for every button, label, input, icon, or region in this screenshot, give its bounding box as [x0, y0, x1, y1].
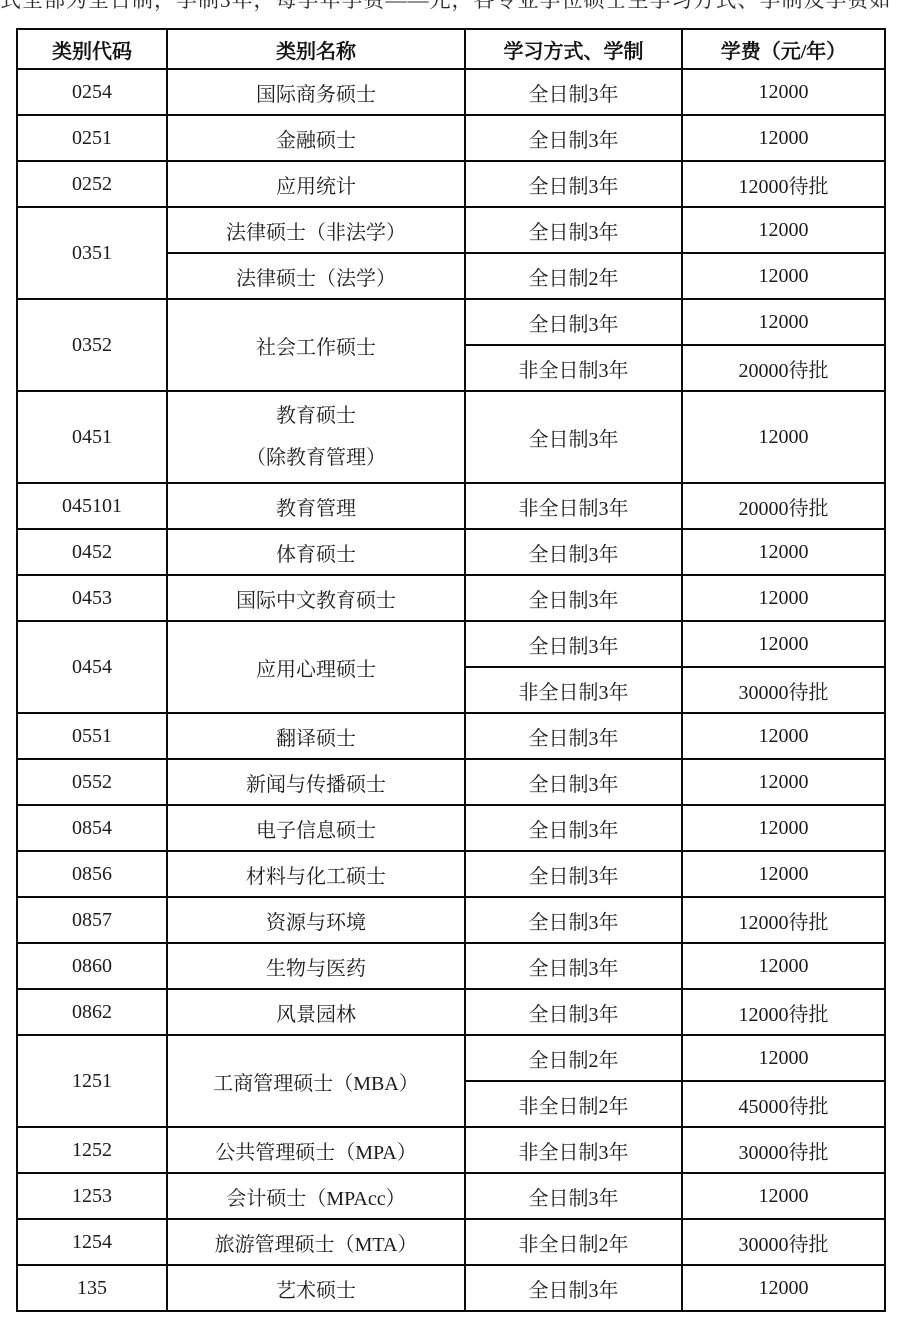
- tuition-fee-cell: 12000: [682, 575, 885, 621]
- table-row: 0352社会工作硕士全日制3年12000: [17, 299, 885, 345]
- study-mode-cell: 全日制3年: [465, 69, 682, 115]
- study-mode-cell: 非全日制3年: [465, 1127, 682, 1173]
- study-mode-cell: 全日制3年: [465, 759, 682, 805]
- clipped-top-paragraph: 式全部为全日制，学制3年，每学年学费——元，各专业学位硕士生学习方式、学制及学费…: [0, 0, 900, 13]
- category-name-cell: 公共管理硕士（MPA）: [167, 1127, 465, 1173]
- tuition-fee-cell: 12000: [682, 759, 885, 805]
- table-row: 1254旅游管理硕士（MTA）非全日制2年30000待批: [17, 1219, 885, 1265]
- category-code-cell: 0854: [17, 805, 167, 851]
- category-code-cell: 0862: [17, 989, 167, 1035]
- header-category-name: 类别名称: [167, 29, 465, 69]
- category-name-cell: 教育管理: [167, 483, 465, 529]
- category-code-cell: 135: [17, 1265, 167, 1311]
- tuition-fee-cell: 12000: [682, 1173, 885, 1219]
- tuition-fee-cell: 12000: [682, 529, 885, 575]
- tuition-fee-cell: 12000: [682, 299, 885, 345]
- category-name-cell: 材料与化工硕士: [167, 851, 465, 897]
- tuition-fee-cell: 12000: [682, 1035, 885, 1081]
- tuition-fee-cell: 20000待批: [682, 345, 885, 391]
- category-code-cell: 1253: [17, 1173, 167, 1219]
- table-row: 1251工商管理硕士（MBA）全日制2年12000: [17, 1035, 885, 1081]
- category-code-cell: 0251: [17, 115, 167, 161]
- study-mode-cell: 全日制3年: [465, 1173, 682, 1219]
- table-row: 0854电子信息硕士全日制3年12000: [17, 805, 885, 851]
- table-row: 0453国际中文教育硕士全日制3年12000: [17, 575, 885, 621]
- study-mode-cell: 非全日制2年: [465, 1219, 682, 1265]
- table-row: 0856材料与化工硕士全日制3年12000: [17, 851, 885, 897]
- tuition-fee-cell: 12000: [682, 207, 885, 253]
- tuition-fee-cell: 12000待批: [682, 897, 885, 943]
- category-code-cell: 1252: [17, 1127, 167, 1173]
- header-category-code: 类别代码: [17, 29, 167, 69]
- table-row: 1253会计硕士（MPAcc）全日制3年12000: [17, 1173, 885, 1219]
- study-mode-cell: 全日制3年: [465, 529, 682, 575]
- category-code-cell: 0454: [17, 621, 167, 713]
- category-code-cell: 0452: [17, 529, 167, 575]
- header-study-mode: 学习方式、学制: [465, 29, 682, 69]
- category-code-cell: 1254: [17, 1219, 167, 1265]
- category-code-cell: 045101: [17, 483, 167, 529]
- study-mode-cell: 全日制3年: [465, 713, 682, 759]
- tuition-fee-cell: 12000: [682, 805, 885, 851]
- table-row: 0551翻译硕士全日制3年12000: [17, 713, 885, 759]
- tuition-fee-cell: 12000: [682, 713, 885, 759]
- tuition-fee-cell: 30000待批: [682, 667, 885, 713]
- table-row: 0860生物与医药全日制3年12000: [17, 943, 885, 989]
- category-name-cell: 教育硕士（除教育管理）: [167, 391, 465, 483]
- table-row: 135艺术硕士全日制3年12000: [17, 1265, 885, 1311]
- category-code-cell: 1251: [17, 1035, 167, 1127]
- study-mode-cell: 全日制3年: [465, 161, 682, 207]
- category-name-cell: 法律硕士（法学）: [167, 253, 465, 299]
- category-name-cell: 应用心理硕士: [167, 621, 465, 713]
- table-row: 0351法律硕士（非法学）全日制3年12000: [17, 207, 885, 253]
- category-name-cell: 电子信息硕士: [167, 805, 465, 851]
- category-name-cell: 艺术硕士: [167, 1265, 465, 1311]
- header-tuition-fee: 学费（元/年）: [682, 29, 885, 69]
- study-mode-cell: 全日制3年: [465, 299, 682, 345]
- clipped-top-paragraph-text: 式全部为全日制，学制3年，每学年学费——元，各专业学位硕士生学习方式、学制及学费…: [0, 0, 900, 12]
- category-name-cell: 国际中文教育硕士: [167, 575, 465, 621]
- category-code-cell: 0856: [17, 851, 167, 897]
- category-name-line2: （除教育管理）: [172, 437, 460, 479]
- category-name-cell: 应用统计: [167, 161, 465, 207]
- study-mode-cell: 全日制3年: [465, 575, 682, 621]
- table-row: 1252公共管理硕士（MPA）非全日制3年30000待批: [17, 1127, 885, 1173]
- study-mode-cell: 全日制3年: [465, 1265, 682, 1311]
- study-mode-cell: 全日制3年: [465, 897, 682, 943]
- tuition-table: 类别代码 类别名称 学习方式、学制 学费（元/年） 0254国际商务硕士全日制3…: [16, 28, 886, 1312]
- study-mode-cell: 全日制2年: [465, 253, 682, 299]
- category-name-cell: 会计硕士（MPAcc）: [167, 1173, 465, 1219]
- table-row: 045101教育管理非全日制3年20000待批: [17, 483, 885, 529]
- study-mode-cell: 全日制2年: [465, 1035, 682, 1081]
- category-name-cell: 资源与环境: [167, 897, 465, 943]
- tuition-fee-cell: 12000: [682, 851, 885, 897]
- study-mode-cell: 非全日制3年: [465, 667, 682, 713]
- tuition-fee-cell: 12000: [682, 391, 885, 483]
- category-code-cell: 0451: [17, 391, 167, 483]
- tuition-fee-cell: 12000: [682, 253, 885, 299]
- category-code-cell: 0352: [17, 299, 167, 391]
- category-name-cell: 新闻与传播硕士: [167, 759, 465, 805]
- category-name-cell: 翻译硕士: [167, 713, 465, 759]
- category-name-cell: 生物与医药: [167, 943, 465, 989]
- category-code-cell: 0860: [17, 943, 167, 989]
- table-row: 0454应用心理硕士全日制3年12000: [17, 621, 885, 667]
- table-row: 0451教育硕士（除教育管理）全日制3年12000: [17, 391, 885, 483]
- category-code-cell: 0254: [17, 69, 167, 115]
- study-mode-cell: 全日制3年: [465, 851, 682, 897]
- category-code-cell: 0551: [17, 713, 167, 759]
- tuition-fee-cell: 30000待批: [682, 1219, 885, 1265]
- tuition-fee-cell: 12000: [682, 621, 885, 667]
- table-row: 0252应用统计全日制3年12000待批: [17, 161, 885, 207]
- study-mode-cell: 全日制3年: [465, 989, 682, 1035]
- study-mode-cell: 全日制3年: [465, 805, 682, 851]
- category-code-cell: 0552: [17, 759, 167, 805]
- category-name-cell: 旅游管理硕士（MTA）: [167, 1219, 465, 1265]
- table-row: 0254国际商务硕士全日制3年12000: [17, 69, 885, 115]
- study-mode-cell: 全日制3年: [465, 621, 682, 667]
- tuition-fee-cell: 12000: [682, 943, 885, 989]
- table-row: 0251金融硕士全日制3年12000: [17, 115, 885, 161]
- study-mode-cell: 全日制3年: [465, 207, 682, 253]
- table-header-row: 类别代码 类别名称 学习方式、学制 学费（元/年）: [17, 29, 885, 69]
- fee-table-body: 0254国际商务硕士全日制3年120000251金融硕士全日制3年1200002…: [17, 69, 885, 1311]
- study-mode-cell: 全日制3年: [465, 943, 682, 989]
- category-name-line1: 教育硕士: [172, 395, 460, 437]
- category-name-cell: 风景园林: [167, 989, 465, 1035]
- tuition-fee-cell: 20000待批: [682, 483, 885, 529]
- category-code-cell: 0252: [17, 161, 167, 207]
- table-row: 0862风景园林全日制3年12000待批: [17, 989, 885, 1035]
- tuition-fee-cell: 30000待批: [682, 1127, 885, 1173]
- tuition-fee-cell: 45000待批: [682, 1081, 885, 1127]
- tuition-fee-cell: 12000: [682, 69, 885, 115]
- category-name-cell: 工商管理硕士（MBA）: [167, 1035, 465, 1127]
- study-mode-cell: 非全日制3年: [465, 345, 682, 391]
- study-mode-cell: 全日制3年: [465, 391, 682, 483]
- tuition-fee-cell: 12000: [682, 1265, 885, 1311]
- study-mode-cell: 非全日制3年: [465, 483, 682, 529]
- category-code-cell: 0453: [17, 575, 167, 621]
- tuition-fee-cell: 12000: [682, 115, 885, 161]
- table-row: 0857资源与环境全日制3年12000待批: [17, 897, 885, 943]
- study-mode-cell: 全日制3年: [465, 115, 682, 161]
- study-mode-cell: 非全日制2年: [465, 1081, 682, 1127]
- tuition-fee-cell: 12000待批: [682, 989, 885, 1035]
- category-name-cell: 金融硕士: [167, 115, 465, 161]
- category-code-cell: 0351: [17, 207, 167, 299]
- category-name-cell: 国际商务硕士: [167, 69, 465, 115]
- table-row: 0452体育硕士全日制3年12000: [17, 529, 885, 575]
- category-name-cell: 社会工作硕士: [167, 299, 465, 391]
- category-name-cell: 法律硕士（非法学）: [167, 207, 465, 253]
- category-code-cell: 0857: [17, 897, 167, 943]
- table-row: 0552新闻与传播硕士全日制3年12000: [17, 759, 885, 805]
- tuition-fee-cell: 12000待批: [682, 161, 885, 207]
- category-name-cell: 体育硕士: [167, 529, 465, 575]
